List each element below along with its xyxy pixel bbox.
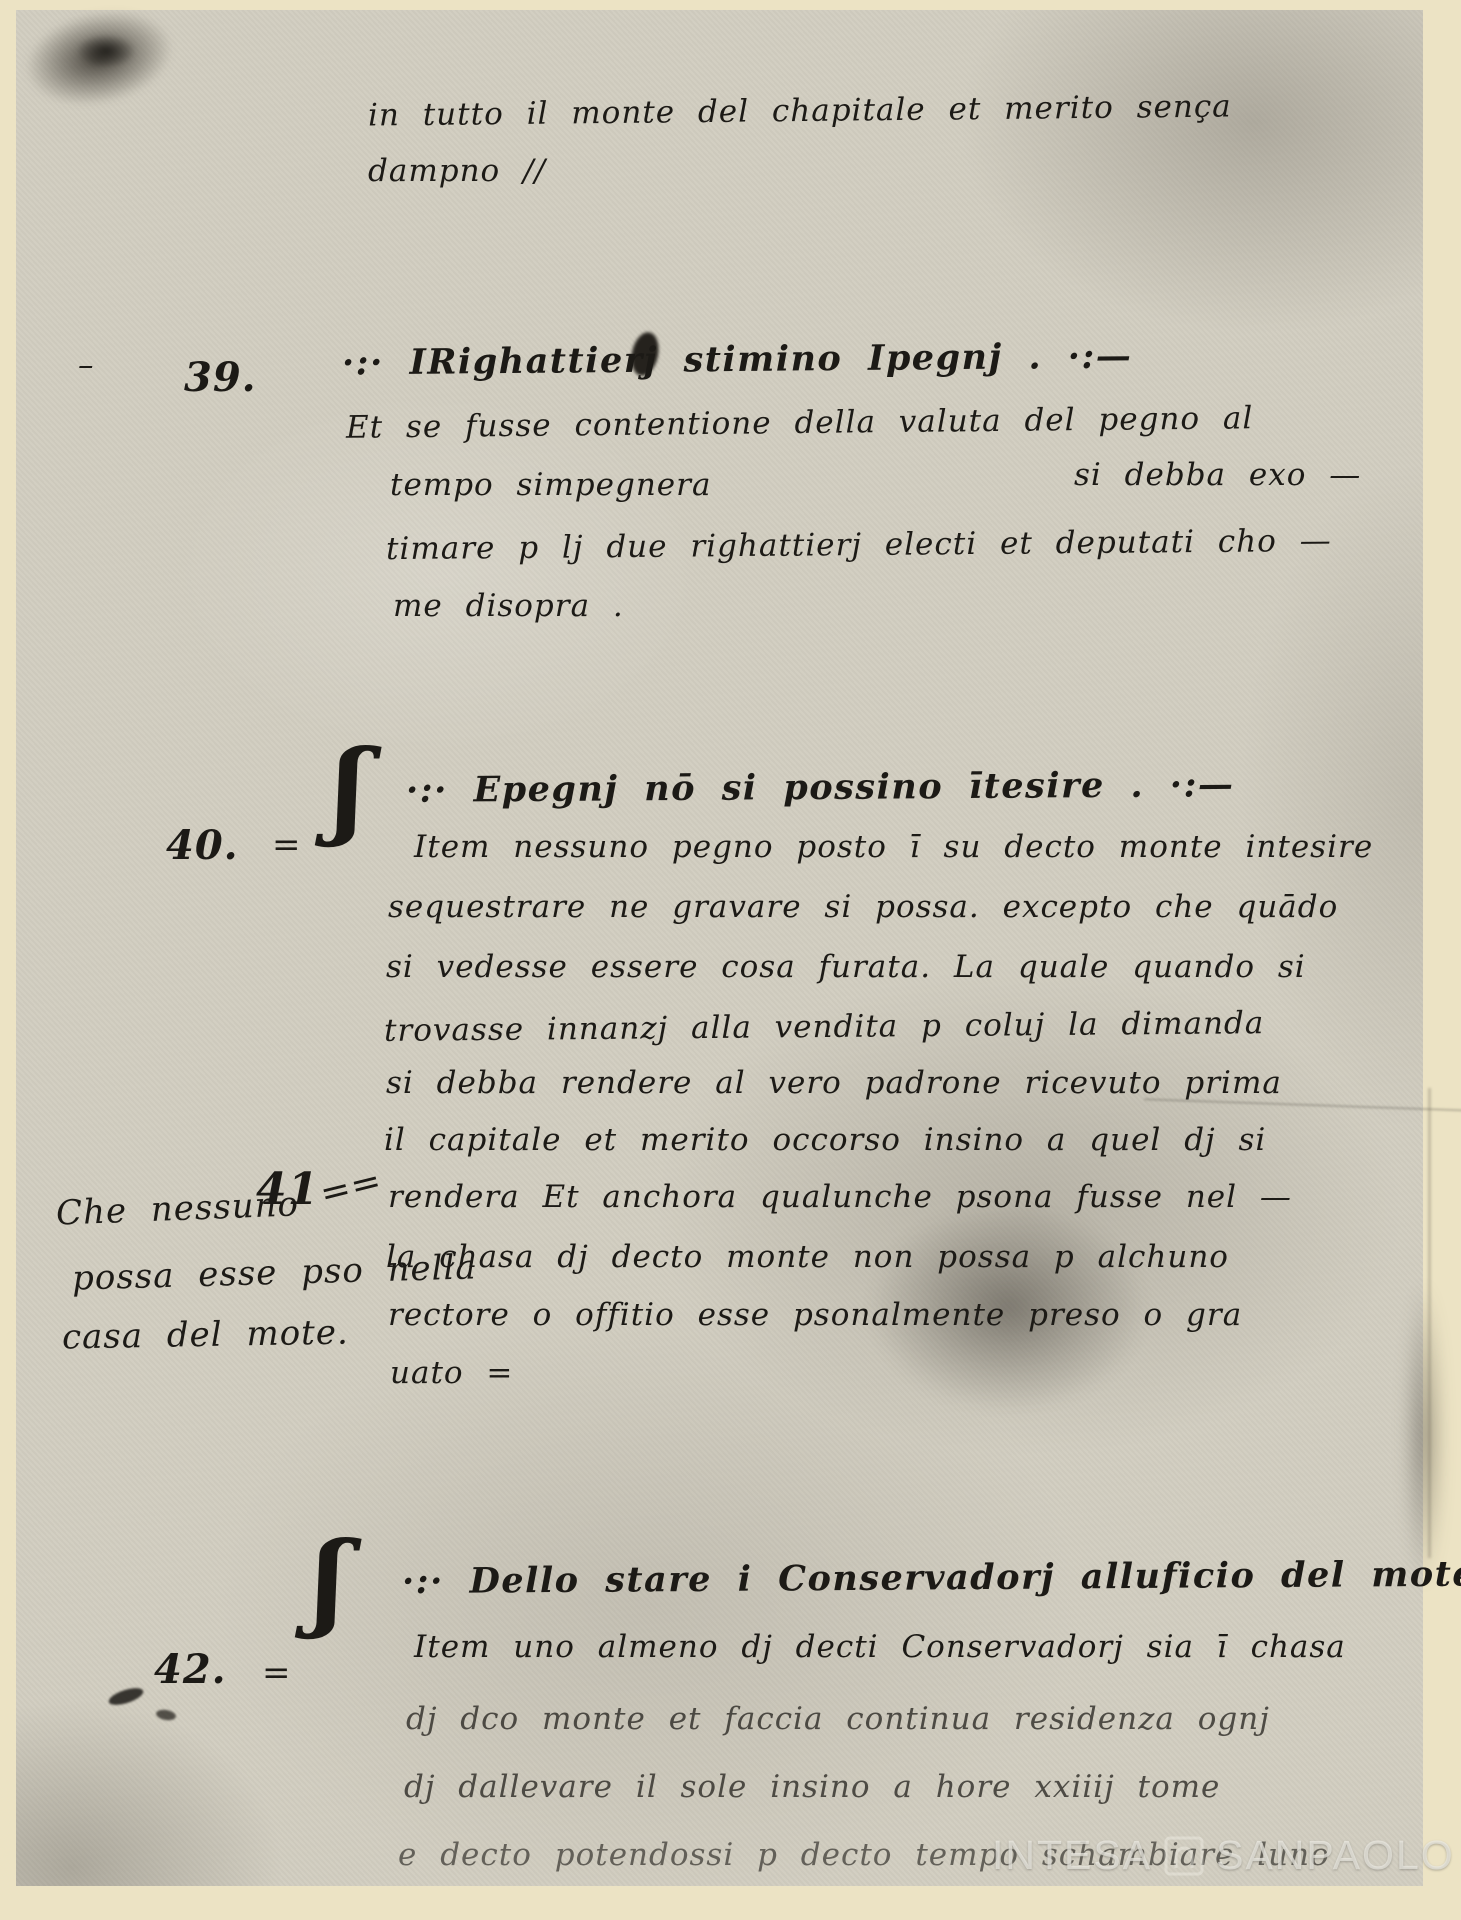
section-heading: ·:· IRighattierj stimino Ipegnj . ·:— xyxy=(342,339,1133,381)
handwritten-line: Item nessuno pegno posto ī su decto mont… xyxy=(414,832,1373,863)
handwritten-line: trovasse innanzj alla vendita p coluj la… xyxy=(384,1008,1265,1047)
handwritten-line: dj dco monte et faccia continua residenz… xyxy=(406,1704,1270,1735)
handwritten-line: rectore o offitio esse psonalmente preso… xyxy=(388,1300,1242,1331)
handwritten-line: sequestrare ne gravare si possa. excepto… xyxy=(388,892,1338,923)
margin-note-marks: == xyxy=(317,1163,386,1213)
handwritten-line: dampno // xyxy=(368,156,546,187)
margin-mark: – xyxy=(78,350,95,381)
handwritten-line: la chasa dj decto monte non possa p alch… xyxy=(386,1242,1229,1273)
handwritten-line: Item uno almeno dj decti Conservadorj si… xyxy=(414,1632,1346,1663)
paragraph-mark: ʃ xyxy=(332,746,367,829)
manuscript-photo: in tutto il monte del chapitale et merit… xyxy=(16,10,1423,1886)
handwritten-line: me disopra . xyxy=(393,591,624,622)
handwritten-line: in tutto il monte del chapitale et merit… xyxy=(368,91,1232,131)
handwritten-line: rendera Et anchora qualunche psona fusse… xyxy=(388,1182,1292,1213)
section-number: 40. xyxy=(166,826,239,866)
margin-mark: = xyxy=(272,828,302,862)
section-heading: ·:· Epegnj nō si possino ītesire . ·:— xyxy=(406,767,1235,808)
watermark: INTESA SANPAOLO xyxy=(992,1832,1455,1879)
handwritten-line: timare p lj due righattierj electi et de… xyxy=(386,526,1332,565)
handwritten-line: tempo simpegnera xyxy=(390,470,711,501)
intesa-sanpaolo-logo-icon xyxy=(1164,1836,1204,1876)
handwritten-line: si vedesse essere cosa furata. La quale … xyxy=(386,952,1306,983)
margin-note-number: 41 xyxy=(256,1168,319,1212)
handwritten-line: uato = xyxy=(390,1358,513,1389)
handwritten-line: si debba rendere al vero padrone ricevut… xyxy=(386,1068,1282,1099)
corner-stain-dark xyxy=(76,34,136,68)
section-number: 39. xyxy=(184,358,257,398)
handwritten-line: dj dallevare il sole insino a hore xxiii… xyxy=(404,1772,1220,1803)
margin-mark: = xyxy=(262,1656,292,1690)
handwritten-line: si debba exo — xyxy=(1074,460,1361,491)
handwritten-line: il capitale et merito occorso insino a q… xyxy=(384,1125,1266,1156)
watermark-text-right: SANPAOLO xyxy=(1216,1832,1455,1879)
edge-stain xyxy=(1402,1280,1446,1590)
paper-crease-vertical xyxy=(1428,1088,1431,1558)
handwritten-line: Et se fusse contentione della valuta del… xyxy=(346,403,1254,444)
ink-mark xyxy=(155,1708,176,1721)
section-heading: ·:· Dello stare i Conservadorj alluficio… xyxy=(402,1556,1461,1599)
section-number: 42. xyxy=(154,1650,227,1690)
margin-note-line: casa del mote. xyxy=(62,1316,349,1355)
paragraph-mark: ʃ xyxy=(312,1538,347,1621)
margin-note-line: possa esse pso nella xyxy=(72,1250,477,1295)
ink-mark xyxy=(107,1685,145,1708)
watermark-text-left: INTESA xyxy=(992,1832,1152,1879)
